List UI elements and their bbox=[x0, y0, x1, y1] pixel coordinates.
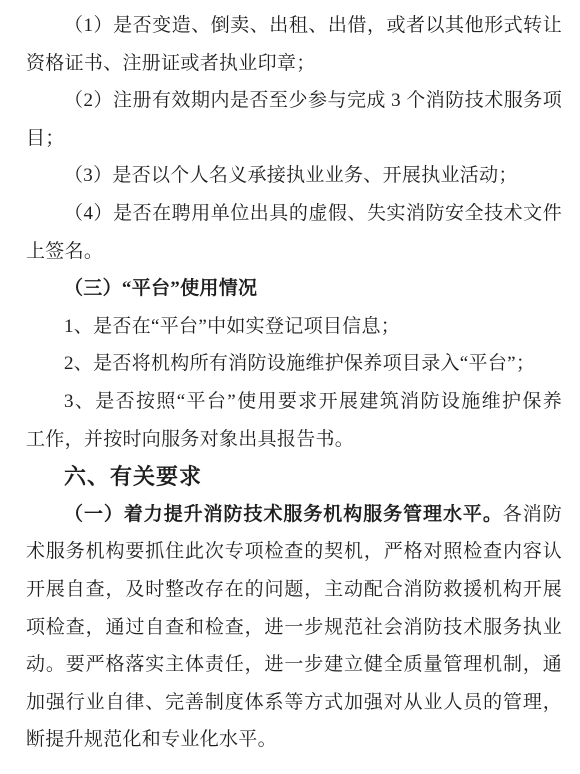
text-line-15: 术服务机构要抓住此次专项检查的契机，严格对照检查内容认真 bbox=[26, 533, 562, 571]
text-line-1: （1）是否变造、倒卖、出租、出借，或者以其他形式转让 bbox=[26, 7, 562, 45]
text-line-12: 工作，并按时向服务对象出具报告书。 bbox=[26, 421, 562, 459]
text-line-11: 3、是否按照“平台”使用要求开展建筑消防设施维护保养 bbox=[26, 383, 562, 421]
body-text-segment: （1）是否变造、倒卖、出租、出借，或者以其他形式转让 bbox=[64, 15, 562, 36]
text-line-19: 加强行业自律、完善制度体系等方式加强对从业人员的管理，不 bbox=[26, 684, 562, 722]
body-text-segment: 3、是否按照“平台”使用要求开展建筑消防设施维护保养 bbox=[64, 391, 562, 412]
text-line-7: 上签名。 bbox=[26, 233, 562, 271]
text-line-14: （一）着力提升消防技术服务机构服务管理水平。各消防技 bbox=[26, 496, 562, 534]
body-text-segment: 开展自查，及时整改存在的问题，主动配合消防救援机构开展专 bbox=[26, 579, 562, 609]
text-line-16: 开展自查，及时整改存在的问题，主动配合消防救援机构开展专 bbox=[26, 571, 562, 609]
text-line-6: （4）是否在聘用单位出具的虚假、失实消防安全技术文件 bbox=[26, 195, 562, 233]
text-line-18: 动。要严格落实主体责任，进一步建立健全质量管理机制，通过 bbox=[26, 646, 562, 684]
text-line-17: 项检查，通过自查和检查，进一步规范社会消防技术服务执业活 bbox=[26, 609, 562, 647]
body-text-segment: 目； bbox=[26, 128, 65, 149]
bold-text-segment: 六、有关要求 bbox=[64, 464, 202, 489]
body-text-segment: 加强行业自律、完善制度体系等方式加强对从业人员的管理，不 bbox=[26, 692, 562, 722]
body-text-segment: 项检查，通过自查和检查，进一步规范社会消防技术服务执业活 bbox=[26, 617, 562, 647]
body-text-segment: （3）是否以个人名义承接执业业务、开展执业活动； bbox=[64, 165, 518, 186]
body-text-segment: （2）注册有效期内是否至少参与完成 3 个消防技术服务项 bbox=[64, 90, 562, 111]
body-text-segment: 上签名。 bbox=[26, 241, 103, 262]
text-line-2: 资格证书、注册证或者执业印章； bbox=[26, 45, 562, 83]
text-column: （1）是否变造、倒卖、出租、出借，或者以其他形式转让资格证书、注册证或者执业印章… bbox=[26, 7, 562, 759]
text-line-10: 2、是否将机构所有消防设施维护保养项目录入“平台”； bbox=[26, 345, 562, 383]
text-line-13: 六、有关要求 bbox=[26, 458, 562, 496]
body-text-segment: 资格证书、注册证或者执业印章； bbox=[26, 53, 316, 74]
text-line-4: 目； bbox=[26, 120, 562, 158]
body-text-segment: 动。要严格落实主体责任，进一步建立健全质量管理机制，通过 bbox=[26, 654, 562, 684]
text-line-20: 断提升规范化和专业化水平。 bbox=[26, 721, 562, 759]
body-text-segment: （4）是否在聘用单位出具的虚假、失实消防安全技术文件 bbox=[64, 203, 562, 224]
text-line-5: （3）是否以个人名义承接执业业务、开展执业活动； bbox=[26, 157, 562, 195]
text-line-8: （三）“平台”使用情况 bbox=[26, 270, 562, 308]
text-line-9: 1、是否在“平台”中如实登记项目信息； bbox=[26, 308, 562, 346]
bold-text-segment: （三）“平台”使用情况 bbox=[64, 278, 257, 299]
document-page: （1）是否变造、倒卖、出租、出借，或者以其他形式转让资格证书、注册证或者执业印章… bbox=[0, 0, 580, 774]
body-text-segment: 术服务机构要抓住此次专项检查的契机，严格对照检查内容认真 bbox=[26, 541, 562, 571]
body-text-segment: 断提升规范化和专业化水平。 bbox=[26, 729, 277, 750]
text-line-3: （2）注册有效期内是否至少参与完成 3 个消防技术服务项 bbox=[26, 82, 562, 120]
body-text-segment: 2、是否将机构所有消防设施维护保养项目录入“平台”； bbox=[64, 353, 535, 374]
body-text-segment: 工作，并按时向服务对象出具报告书。 bbox=[26, 429, 354, 450]
bold-text-segment: （一）着力提升消防技术服务机构服务管理水平。 bbox=[64, 504, 503, 525]
body-text-segment: 1、是否在“平台”中如实登记项目信息； bbox=[64, 316, 400, 337]
